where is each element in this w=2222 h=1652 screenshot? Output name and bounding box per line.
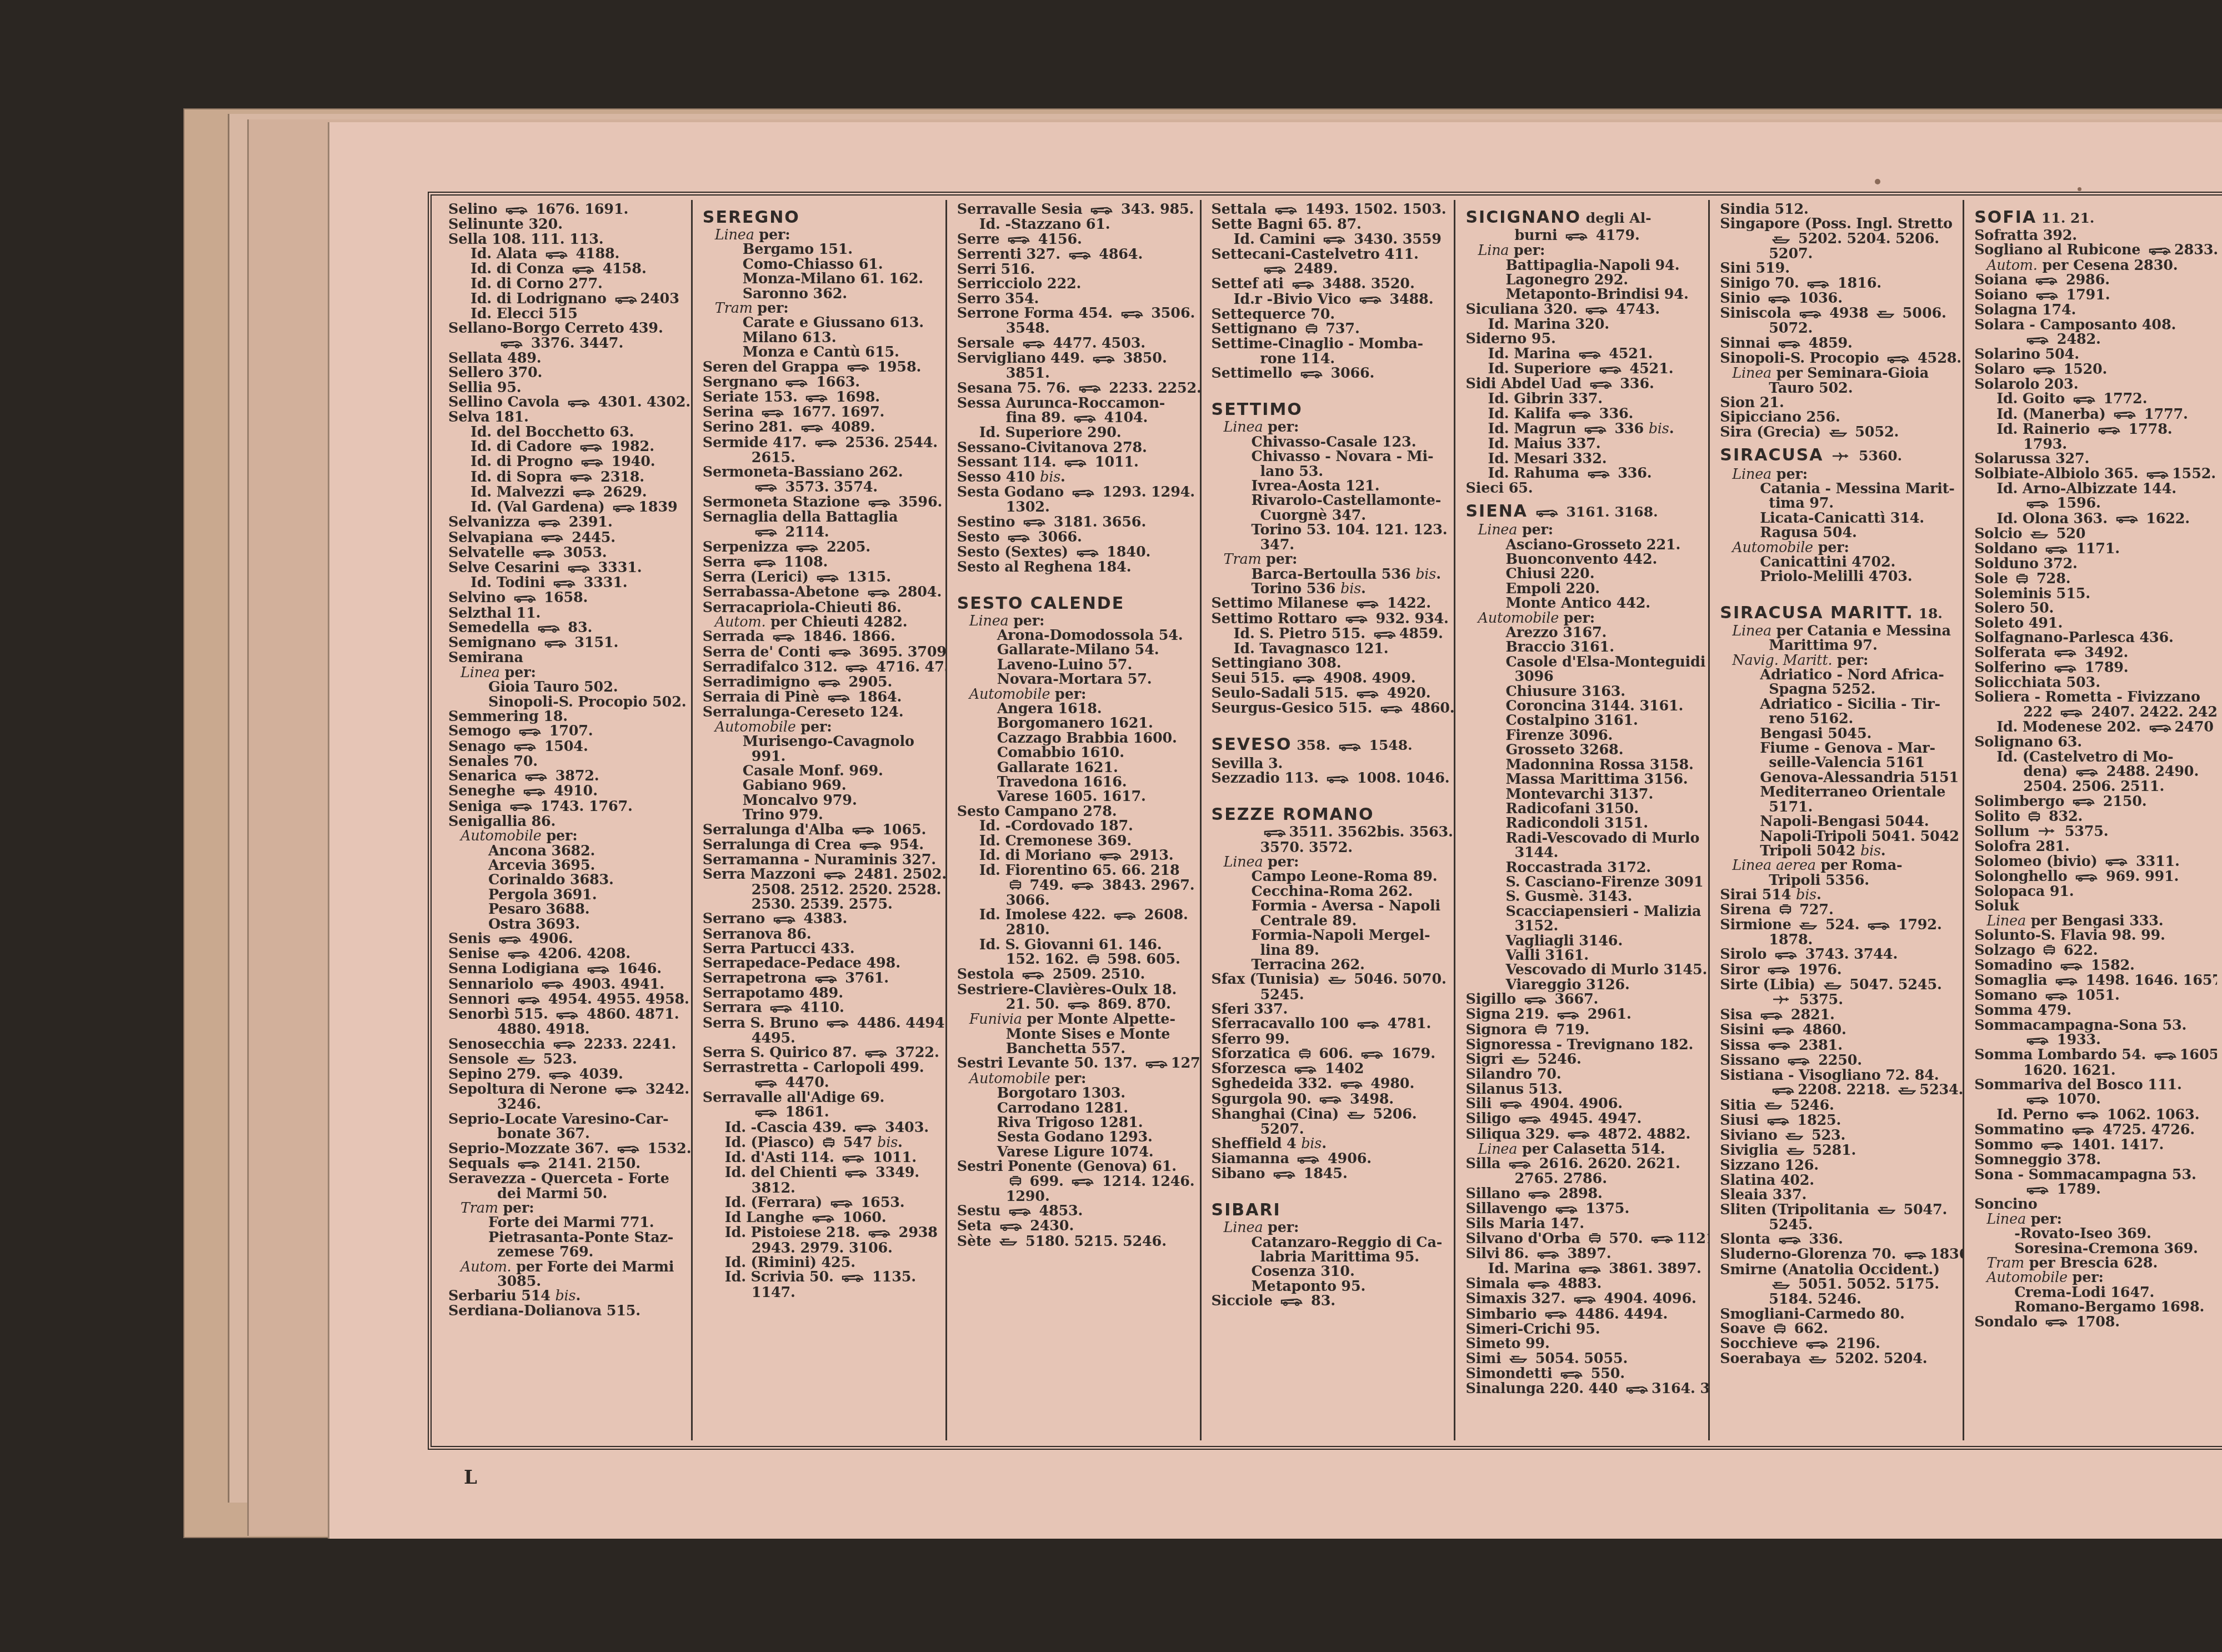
index-destination: Genova-Alessandria 5151 [1720,770,1955,785]
index-subentry: Id. Arno-Albizzate 144. [1974,482,2209,496]
bus-icon [755,480,777,494]
bus-icon [573,485,595,500]
index-continuation: 1933. [1974,1033,2209,1048]
bus-icon [2149,720,2171,735]
index-subentry: Id. di Conza 4158. [448,262,683,277]
index-entry: Sforzesca 1402 [1212,1062,1447,1077]
index-continuation: 1147. [703,1285,938,1300]
tram-icon [2043,943,2055,958]
index-entry: Sillano 2898. [1465,1187,1700,1202]
index-entry: Serravalle all'Adige 69. [703,1090,938,1105]
index-destination: Varese Ligure 1074. [957,1145,1192,1159]
index-entry: Somneggio 378. [1974,1153,2209,1167]
index-destination: Monza e Cantù 615. [703,345,938,359]
index-destination: Gallarate 1621. [957,760,1192,775]
index-subentry: Id. Imolese 422. 2608. [957,908,1192,923]
bus-icon [2045,989,2068,1003]
transport-label: Linea per Catania e Messina [1720,624,1955,638]
index-continuation: lina 89. [1212,943,1447,958]
index-entry: Sesto 3066. [957,530,1192,545]
index-continuation: 4495. [703,1031,938,1045]
bus-icon [859,838,882,853]
index-destination: Metaponto-Brindisi 94. [1465,287,1700,302]
index-entry: Sini 519. [1720,261,1955,276]
bus-icon [828,690,850,705]
index-subentry: Id. Elecci 515 [448,307,683,321]
index-entry: Settecani-Castelvetro 411. [1212,247,1447,262]
bus-icon [1280,1294,1303,1309]
index-entry: Selvanizza 2391. [448,515,683,530]
bus-icon [544,636,567,650]
transport-label: Linea per: [957,614,1192,628]
index-entry: Solomeo (bivio) 3311. [1974,854,2209,869]
index-entry: Selinunte 320. [448,217,683,232]
bus-icon [587,962,609,977]
transport-label: Linea per: [703,228,938,242]
index-continuation: 4470. [703,1075,938,1090]
index-destination: Romano-Bergamo 1698. [1974,1300,2209,1314]
index-entry: Solcio 520 [1974,527,2209,542]
ship-icon [1764,1098,1782,1113]
bus-icon [1121,307,1143,321]
index-continuation: burni 4179. [1465,228,1700,243]
transport-label: Automobile per: [957,1072,1192,1086]
index-entry: Sindia 512. [1720,202,1955,217]
index-entry: Sestola 2509. 2510. [957,967,1192,982]
index-continuation: 5245. [1212,988,1447,1002]
index-entry: Soluk [1974,899,2209,913]
index-subentry: Id.r -Bivio Vico 3488. [1212,292,1447,307]
index-destination: Rivarolo-Castellamonte- [1212,493,1447,508]
index-entry: Soerabaya 5202. 5204. [1720,1351,1955,1366]
transport-type: Linea aerea [1732,857,1816,874]
index-subentry: Id. Maius 337. [1465,437,1700,451]
index-entry: Serralunga d'Alba 1065. [703,823,938,838]
tram-icon [1087,953,1099,967]
index-entry: Sieci 65. [1465,481,1700,495]
index-entry: Siliqua 329. 4872. 4882. [1465,1127,1700,1142]
index-column-4: Settala 1493. 1502. 1503.Sette Bagni 65.… [1202,200,1456,1440]
transport-label: Linea per: [1974,1212,2209,1227]
index-entry: Selva 181. [448,410,683,424]
index-entry: Serraia di Pinè 1864. [703,690,938,705]
index-entry: Sliten (Tripolitania 5047. [1720,1203,1955,1218]
index-destination: Montevarchi 3137. [1465,787,1700,802]
index-entry: Solduno 372. [1974,557,2209,571]
index-entry: Simbario 4486. 4494. [1465,1307,1700,1322]
index-continuation: 152. 162. 598. 605. [957,952,1192,967]
bus-icon [2045,542,2068,557]
bus-icon [541,530,563,545]
index-destination: Catanzaro-Reggio di Ca- [1212,1235,1447,1250]
index-entry: Serrapotamo 489. [703,986,938,1000]
index-entry: Sirte (Libia) 5047. 5245. [1720,978,1955,993]
index-continuation: labria Marittima 95. [1212,1250,1447,1264]
index-destination: Costalpino 3161. [1465,713,1700,728]
index-entry: Sissano 2250. [1720,1053,1955,1068]
index-entry: Sommatino 4725. 4726. [1974,1123,2209,1138]
bus-icon [830,1196,853,1210]
index-entry: Sinopoli-S. Procopio 4528. [1720,351,1955,366]
index-continuation: 1789. [1974,1182,2209,1197]
bus-icon [1584,422,1607,437]
bus-icon [1528,1187,1550,1202]
bus-icon [506,203,528,217]
index-destination: Chiusi 220. [1465,567,1700,581]
bus-icon [1585,303,1608,317]
index-entry: Sforzatica 606. 1679. [1212,1047,1447,1062]
index-destination: Casole d'Elsa-Monteguidi [1465,655,1700,669]
bus-icon [801,420,823,435]
section-heading: SOFIA 11. 21. [1974,208,2209,228]
index-entry: Sesto Campano 278. [957,804,1192,819]
index-continuation: Spagna 5252. [1720,682,1955,697]
bus-icon [770,1001,792,1015]
transport-label: Lina per: [1465,243,1700,258]
index-entry: Serina 1677. 1697. [703,405,938,420]
index-entry: Senorbì 515. 4860. 4871. [448,1007,683,1022]
index-destination: Fiume - Genova - Mar- [1720,741,1955,755]
index-entry: Sevilla 3. [1212,757,1447,771]
index-entry: Servigliano 449. 3850. [957,351,1192,366]
index-continuation: 2943. 2979. 3106. [703,1241,938,1255]
bus-icon [868,495,890,510]
ship-icon [1785,1129,1803,1143]
index-destination: Buonconvento 442. [1465,552,1700,567]
index-entry: Sili 4904. 4906. [1465,1097,1700,1112]
index-entry: Signoressa - Trevignano 182. [1465,1038,1700,1052]
bus-icon [1361,1047,1383,1062]
index-entry: Sigillo 3667. [1465,992,1700,1007]
index-subentry: Id. Kalifa 336. [1465,407,1700,422]
index-continuation: 1861. [703,1105,938,1120]
transport-label: Automobile per: [448,829,683,843]
bus-icon [2060,705,2083,720]
bus-icon [1300,367,1323,381]
index-destination: Milano 613. [703,331,938,345]
index-destination: Coroncina 3144. 3161. [1465,699,1700,713]
index-entry: Sezzadio 113. 1008. 1046. [1212,771,1447,786]
bus-icon [1772,1083,1794,1098]
transport-label: Autom. per Chieuti 4282. [703,615,938,629]
index-entry: Sellero 370. [448,366,683,380]
index-entry: Smogliani-Carmedo 80. [1720,1307,1955,1321]
index-entry: Somaglia 1498. 1646. 1657. [1974,973,2209,988]
index-entry: Sensole 523. [448,1052,683,1067]
bus-icon [2026,1093,2049,1107]
index-destination: Forte dei Marmi 771. [448,1215,683,1230]
spacer [1212,1182,1447,1195]
index-entry: Slonta 336. [1720,1232,1955,1247]
index-entry: Seren del Grappa 1958. [703,360,938,375]
index-entry: Serracapriola-Chieuti 86. [703,600,938,615]
index-destination: Monte Antico 442. [1465,596,1700,610]
index-entry: Slatina 402. [1720,1173,1955,1188]
index-destination: Carate e Giussano 613. [703,316,938,330]
tram-icon [2028,810,2040,824]
transport-label: Linea per: [1212,1220,1447,1235]
index-continuation: 5245. [1720,1218,1955,1232]
index-continuation: 3573. 3574. [703,480,938,495]
index-destination: Ivrea-Aosta 121. [1212,479,1447,493]
plane-icon [1772,993,1791,1008]
bus-icon [1788,1054,1810,1068]
bus-icon [1557,1008,1579,1022]
index-destination: Soresina-Cremona 369. [1974,1241,2209,1256]
bus-icon [1297,1152,1319,1167]
transport-type: Linea [1732,365,1771,382]
transport-type: Linea [1732,623,1771,639]
bus-icon [2105,854,2128,869]
index-destination: Firenze 3096. [1465,728,1700,743]
index-entry: Soncino [1974,1197,2209,1212]
index-subentry: Id. Magrun 336 bis. [1465,422,1700,437]
bus-icon [1560,1367,1583,1381]
index-subentry: Id. del Chienti 3349. [703,1165,938,1180]
bus-icon [2076,765,2098,779]
index-continuation: 1070. [1974,1092,2209,1107]
bus-icon [755,1105,777,1120]
plane-icon [1831,447,1850,467]
index-entry: Sellino Cavola 4301. 4302. [448,395,683,410]
index-entry: Sfax (Tunisia) 5046. 5070. [1212,972,1447,987]
index-entry: Senigallia 86. [448,814,683,829]
index-entry: Sion 21. [1720,396,1955,410]
index-entry: Sirai 514 bis. [1720,888,1955,902]
bus-icon [2026,1183,2049,1197]
index-entry: Solagna 174. [1974,303,2209,317]
index-entry: Sesana 75. 76. 2233. 2252. [957,381,1192,396]
bus-icon [1294,1062,1317,1077]
index-destination: Massa Marittima 3156. [1465,772,1700,787]
bus-icon [1887,352,1909,366]
index-destination: Formia-Napoli Mergel- [1212,928,1447,943]
bus-icon [1357,1017,1379,1032]
index-destination: Napoli-Bengasi 5044. [1720,814,1955,829]
bus-icon [1579,347,1601,362]
bus-icon [2055,974,2078,988]
index-subentry: Id. Rahuma 336. [1465,466,1700,481]
index-entry: Sessano-Civitanova 278. [957,440,1192,455]
tram-icon [2016,572,2028,587]
index-continuation: dei Marmi 50. [448,1187,683,1201]
bus-icon [2146,467,2169,482]
index-entry: Sestu 4853. [957,1204,1192,1219]
ship-icon [1328,973,1346,987]
bus-icon [570,470,592,484]
index-entry: Sessant 114. 1011. [957,455,1192,470]
bus-icon [1537,1247,1559,1261]
transport-label: Linea per Seminara-Gioia [1720,366,1955,381]
index-entry: Serrano 4383. [703,912,938,927]
index-destination: Cazzago Brabbia 1600. [957,731,1192,745]
index-destination: Chivasso - Novara - Mi- [1212,449,1447,464]
index-continuation: fina 89. 4104. [957,411,1192,425]
spacer [957,575,1192,588]
bus-icon [1068,998,1090,1012]
section-heading: SIRACUSA MARITT. 18. [1720,603,1955,624]
index-destination: Riva Trigoso 1281. [957,1115,1192,1130]
index-entry: Serbariu 514 bis. [448,1289,683,1303]
index-entry: Sleaia 337. [1720,1188,1955,1202]
index-continuation: 1596. [1974,496,2209,511]
section-heading: SEZZE ROMANO [1212,805,1447,825]
index-continuation: 3851. [957,366,1192,381]
index-subentry: Id. Cremonese 369. [957,834,1192,848]
index-subentry: Id. Modenese 202. 2470 [1974,720,2209,735]
index-entry: Senise 4206. 4208. [448,947,683,962]
index-subentry: Id. -Stazzano 61. [957,217,1192,232]
index-subentry: Id Langhe 1060. [703,1210,938,1225]
index-continuation: lano 53. [1212,464,1447,479]
index-destination: Madonnina Rossa 3158. [1465,758,1700,772]
bus-icon [845,660,868,675]
index-subentry: Id. Todini 3331. [448,575,683,590]
bus-icon [613,500,635,515]
index-entry: Sermoneta-Bassiano 262. [703,465,938,479]
ship-icon [1876,307,1894,321]
index-continuation: Banchetta 557. [957,1042,1192,1056]
index-entry: Sestri Ponente (Genova) 61. [957,1159,1192,1174]
index-entry: Semogo 1707. [448,724,683,739]
index-entry: Serra S. Bruno 4486. 4494. [703,1016,938,1031]
index-destination: Angera 1618. [957,702,1192,716]
index-entry: Sirena 727. [1720,903,1955,918]
index-entry: Sluderno-Glorenza 70. 1836 [1720,1247,1955,1262]
index-entry: Solferata 3492. [1974,645,2209,660]
bus-icon [1569,407,1591,422]
ship-icon [1829,425,1847,440]
index-continuation: 699. 1214. 1246. [957,1174,1192,1189]
bus-icon [1778,337,1800,351]
index-entry: Serramanna - Nuraminis 327. [703,853,938,867]
index-continuation: 2810. [957,923,1192,937]
index-entry: Selzthal 11. [448,606,683,620]
index-entry: Singapore (Poss. Ingl. Stretto [1720,217,1955,231]
index-entry: Sissa 2381. [1720,1038,1955,1053]
bus-icon [1574,1292,1596,1306]
index-subentry: Id. Scrivia 50. 1135. [703,1270,938,1285]
transport-label: Automobile per: [1974,1270,2209,1285]
bus-icon [755,1076,777,1090]
bus-icon [1568,1127,1590,1142]
bus-icon [2076,1108,2099,1122]
index-entry: Settala 1493. 1502. 1503. [1212,202,1447,217]
index-entry: Soleminis 515. [1974,587,2209,601]
index-entry: Somano 1051. [1974,988,2209,1003]
index-subentry: Id. Perno 1062. 1063. [1974,1108,2209,1123]
bus-icon [868,1226,890,1240]
index-entry: Seui 515. 4908. 4909. [1212,671,1447,686]
index-entry: Senago 1504. [448,739,683,754]
bus-icon [1374,627,1396,642]
bus-icon [549,1068,571,1082]
index-entry: Signora 719. [1465,1023,1700,1038]
index-continuation: 3812. [703,1181,938,1195]
index-entry: Serra Mazzoni 2481. 2502. [703,867,938,882]
index-destination: Corinaldo 3683. [448,873,683,887]
index-entry: Simondetti 550. [1465,1366,1700,1381]
bus-icon [785,376,808,390]
index-entry: Sesso 410 bis. [957,470,1192,484]
bus-icon [1357,597,1379,611]
bus-icon [1072,878,1094,893]
index-subentry: Id. di Sopra 2318. [448,470,683,485]
index-destination: Vagliagli 3146. [1465,934,1700,948]
index-entry: Siniscola 4938 5006. [1720,306,1955,321]
index-continuation: 2508. 2512. 2520. 2528. [703,883,938,897]
index-entry: Soldano 1171. [1974,542,2209,557]
transport-label: Tram per: [1212,552,1447,567]
index-entry: Settime-Cinaglio - Momba- [1212,337,1447,351]
bus-icon [755,525,777,539]
index-entry: Serdiana-Dolianova 515. [448,1304,683,1318]
transport-label: Tram per Brescia 628. [1974,1256,2209,1270]
index-entry: Selvapiana 2445. [448,530,683,545]
index-entry: Sizzano 126. [1720,1158,1955,1173]
index-continuation: 3152. [1465,919,1700,933]
transport-type: Automobile [461,828,542,844]
index-subentry: Id. di Cadore 1982. [448,439,683,454]
bus-icon [1590,377,1612,392]
index-entry: Sofratta 392. [1974,228,2209,243]
bus-icon [1069,248,1091,262]
index-destination: Comabbio 1610. [957,745,1192,760]
index-entry: Sesto al Reghena 184. [957,560,1192,574]
index-entry: Serino 281. 4089. [703,420,938,435]
index-entry: Serra 1108. [703,555,938,570]
index-entry: Sette Bagni 65. 87. [1212,217,1447,232]
index-entry: Solara - Camposanto 408. [1974,318,2209,332]
index-continuation: 2530. 2539. 2575. [703,897,938,912]
bus-icon [865,1046,887,1060]
transport-label: Linea aerea per Roma- [1720,858,1955,873]
index-column-6: Sindia 512.Singapore (Poss. Ingl. Strett… [1710,200,1964,1440]
bus-icon [1022,968,1044,982]
index-column-3: Serravalle Sesia 343. 985.Id. -Stazzano … [947,200,1202,1440]
spacer [1212,381,1447,394]
bus-icon [518,993,540,1007]
index-columns: Selino 1676. 1691.Selinunte 320.Sella 10… [438,200,2217,1440]
index-entry: Sona - Sommacampagna 53. [1974,1168,2209,1182]
index-entry: Serrastretta - Carlopoli 499. [703,1060,938,1075]
index-entry: Smirne (Anatolia Occident.) [1720,1263,1955,1277]
transport-label: Autom. per Cesena 2830. [1974,258,2209,273]
bus-icon [2054,661,2076,675]
bus-icon [580,440,602,454]
index-destination: Varese 1605. 1617. [957,789,1192,804]
spacer [1720,584,1955,598]
bus-icon [581,455,603,469]
index-entry: Sitia 5246. [1720,1098,1955,1113]
index-continuation: reno 5162. [1720,712,1955,726]
index-subentry: Id. -Cascia 439. 3403. [703,1120,938,1135]
index-destination: Radicofani 3150. [1465,802,1700,816]
index-destination: Formia - Aversa - Napoli [1212,899,1447,913]
index-destination: Gioia Tauro 502. [448,680,683,694]
index-destination: Sinopoli-S. Procopio 502. [448,695,683,709]
index-entry: Somadino 1582. [1974,958,2209,973]
bus-icon [1319,1092,1342,1107]
signature-mark: L [464,1466,477,1489]
index-entry: Seniga 1743. 1767. [448,799,683,814]
index-destination: Ragusa 504. [1720,525,1955,540]
bus-icon [1273,1167,1295,1182]
bus-icon [1323,232,1345,247]
index-entry: Sferi 337. [1212,1002,1447,1017]
index-entry: Simala 4883. [1465,1276,1700,1291]
bus-icon [842,1270,864,1285]
